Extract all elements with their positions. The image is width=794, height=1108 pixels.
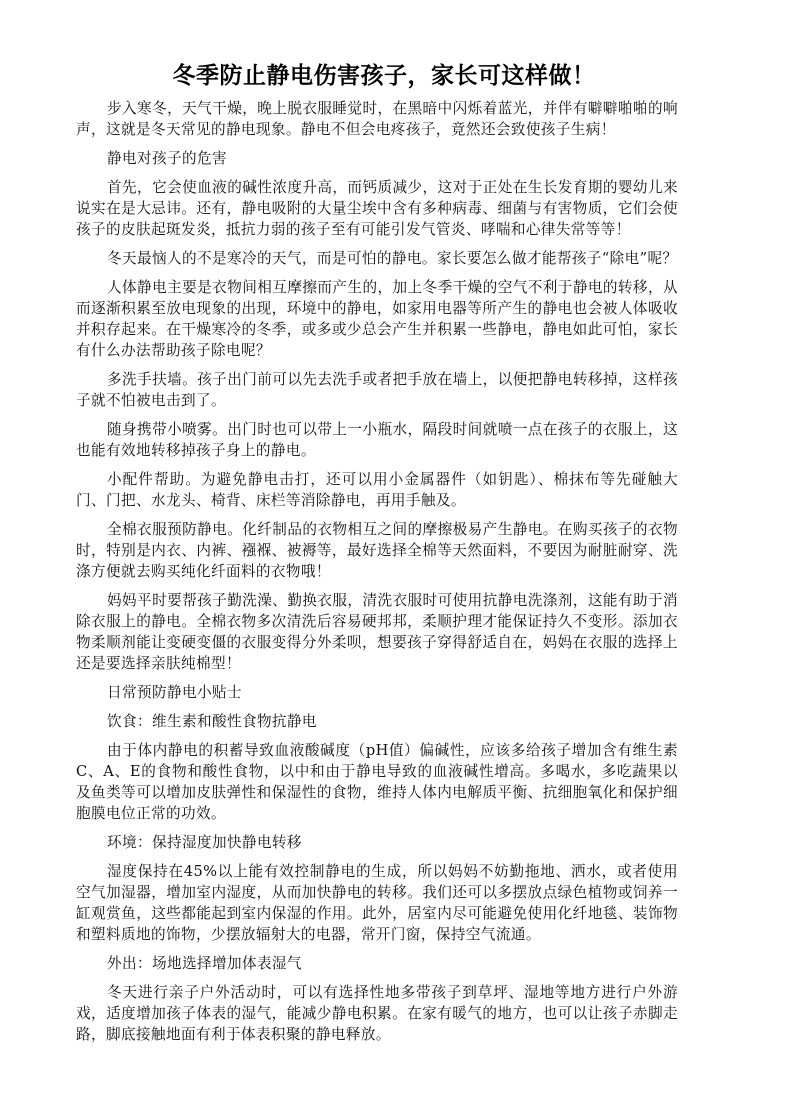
paragraph-tip-wash-hands: 多洗手扶墙。孩子出门前可以先去洗手或者把手放在墙上，以便把静电转移掉，这样孩子就… <box>76 369 678 411</box>
section-heading-harm: 静电对孩子的危害 <box>76 148 678 169</box>
subheading-outdoor: 外出：场地选择增加体表湿气 <box>76 953 678 974</box>
paragraph-environment: 湿度保持在45%以上能有效控制静电的生成，所以妈妈不妨勤拖地、洒水，或者使用空气… <box>76 861 678 945</box>
document-title: 冬季防止静电伤害孩子，家长可这样做！ <box>76 58 678 94</box>
paragraph-tip-cotton: 全棉衣服预防静电。化纤制品的衣物相互之间的摩擦极易产生静电。在购买孩子的衣物时，… <box>76 519 678 582</box>
subheading-environment: 环境：保持湿度加快静电转移 <box>76 832 678 853</box>
paragraph-tip-spray: 随身携带小喷雾。出门时也可以带上一小瓶水，隔段时间就喷一点在孩子的衣服上，这也能… <box>76 419 678 461</box>
subheading-diet: 饮食：维生素和酸性食物抗静电 <box>76 711 678 732</box>
document-page: 冬季防止静电伤害孩子，家长可这样做！ 步入寒冬，天气干燥，晚上脱衣服睡觉时，在黑… <box>76 58 678 1053</box>
paragraph-question: 冬天最恼人的不是寒冷的天气，而是可怕的静电。家长要怎么做才能帮孩子“除电”呢？ <box>76 248 678 269</box>
paragraph-intro: 步入寒冬，天气干燥，晚上脱衣服睡觉时，在黑暗中闪烁着蓝光，并伴有噼噼啪啪的响声，… <box>76 98 678 140</box>
paragraph-tip-laundry: 妈妈平时要帮孩子勤洗澡、勤换衣服，清洗衣服时可使用抗静电洗涤剂，这能有助于消除衣… <box>76 590 678 674</box>
paragraph-harm: 首先，它会使血液的碱性浓度升高，而钙质减少，这对于正处在生长发育期的婴幼儿来说实… <box>76 177 678 240</box>
paragraph-cause: 人体静电主要是衣物间相互摩擦而产生的，加上冬季干燥的空气不利于静电的转移，从而逐… <box>76 277 678 361</box>
paragraph-outdoor: 冬天进行亲子户外活动时，可以有选择性地多带孩子到草坪、湿地等地方进行户外游戏，适… <box>76 982 678 1045</box>
paragraph-diet: 由于体内静电的积蓄导致血液酸碱度（pH值）偏碱性，应该多给孩子增加含有维生素C、… <box>76 740 678 824</box>
paragraph-tip-accessory: 小配件帮助。为避免静电击打，还可以用小金属器件（如钥匙）、棉抹布等先碰触大门、门… <box>76 469 678 511</box>
section-heading-daily-tips: 日常预防静电小贴士 <box>76 682 678 703</box>
